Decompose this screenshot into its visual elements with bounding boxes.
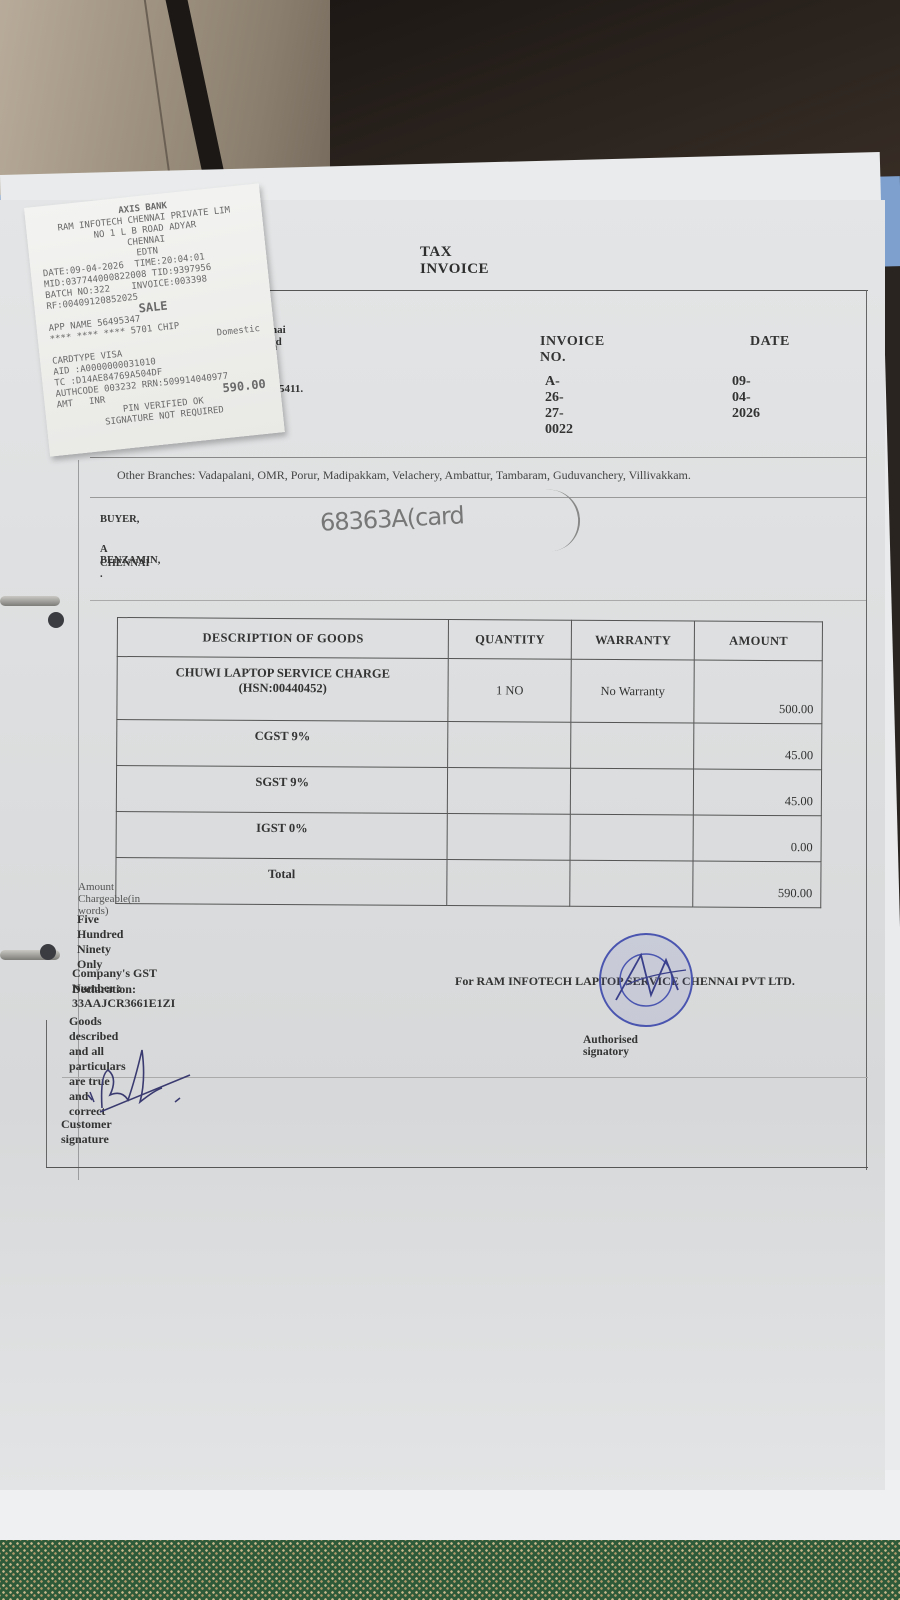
receipt-currency: INR: [89, 396, 106, 408]
sgst-amount: 45.00: [694, 769, 822, 816]
card-payment-receipt: AXIS BANK RAM INFOTECH CHENNAI PRIVATE L…: [24, 183, 285, 456]
total-amount: 590.00: [693, 861, 821, 908]
branches-rule: [90, 457, 866, 458]
item-amount: 500.00: [694, 660, 822, 724]
igst-label: IGST 0%: [116, 811, 448, 859]
table-row: IGST 0% 0.00: [116, 811, 821, 861]
invoice-no-label: INVOICE NO.: [540, 334, 605, 366]
item-warranty: No Warranty: [571, 659, 695, 723]
invoice-bottom-border: [46, 1167, 868, 1168]
other-branches: Other Branches: Vadapalani, OMR, Porur, …: [117, 468, 691, 483]
igst-qty: [447, 814, 570, 861]
patterned-cloth: [0, 1540, 900, 1600]
binder-ring-icon: [0, 596, 60, 606]
customer-signature-scribble-icon: [80, 1040, 200, 1120]
table-row: CHUWI LAPTOP SERVICE CHARGE (HSN:0044045…: [117, 657, 822, 724]
receipt-entry-mode: CHIP: [157, 321, 180, 333]
igst-warranty: [570, 814, 694, 861]
invoice-border-left: [46, 1020, 47, 1168]
table-row: CGST 9% 45.00: [117, 720, 822, 770]
authorised-signatory: Authorised signatory: [583, 1034, 638, 1058]
buyer-label: BUYER,: [100, 514, 139, 525]
item-quantity: 1 NO: [448, 659, 571, 723]
receipt-amount-label: AMT: [56, 399, 73, 411]
table-top-rule: [90, 600, 866, 601]
binder-ring-end-icon: [40, 944, 56, 960]
item-description: CHUWI LAPTOP SERVICE CHARGE (HSN:0044045…: [117, 657, 449, 722]
items-table: DESCRIPTION OF GOODS QUANTITY WARRANTY A…: [115, 617, 823, 908]
item-hsn: (HSN:00440452): [126, 680, 440, 697]
cgst-warranty: [571, 722, 695, 769]
col-amount: AMOUNT: [695, 621, 823, 661]
table-row: SGST 9% 45.00: [116, 766, 821, 816]
binder-ring-end-icon: [48, 612, 64, 628]
invoice-number: A-26-27-0022: [545, 374, 573, 438]
amount-in-words: Five Hundred Ninety Only: [77, 912, 123, 972]
invoice-border-right: [866, 290, 867, 1170]
buyer-city: CHENNAI .: [100, 558, 150, 580]
cgst-amount: 45.00: [694, 723, 822, 770]
total-qty: [447, 860, 570, 907]
date-label: DATE: [750, 334, 790, 350]
header-rule: [260, 290, 868, 291]
invoice-title: TAX INVOICE: [420, 244, 489, 278]
declaration-label: Declaration:: [72, 982, 136, 997]
sgst-qty: [448, 768, 571, 815]
customer-signature-label: Customer signature: [61, 1117, 111, 1147]
col-description: DESCRIPTION OF GOODS: [117, 618, 449, 659]
cgst-qty: [448, 722, 571, 769]
company-stamp-icon: [596, 930, 696, 1030]
cgst-label: CGST 9%: [117, 720, 449, 768]
sgst-warranty: [570, 768, 694, 815]
buyer-rule: [90, 497, 866, 498]
total-warranty: [570, 860, 694, 907]
sgst-label: SGST 9%: [116, 766, 448, 814]
igst-amount: 0.00: [693, 815, 821, 862]
col-warranty: WARRANTY: [571, 620, 695, 660]
total-label: Total: [116, 857, 448, 905]
table-header-row: DESCRIPTION OF GOODS QUANTITY WARRANTY A…: [117, 618, 822, 661]
invoice-date: 09-04-2026: [732, 374, 760, 422]
col-quantity: QUANTITY: [449, 620, 572, 660]
table-row: Total 590.00: [116, 857, 821, 907]
